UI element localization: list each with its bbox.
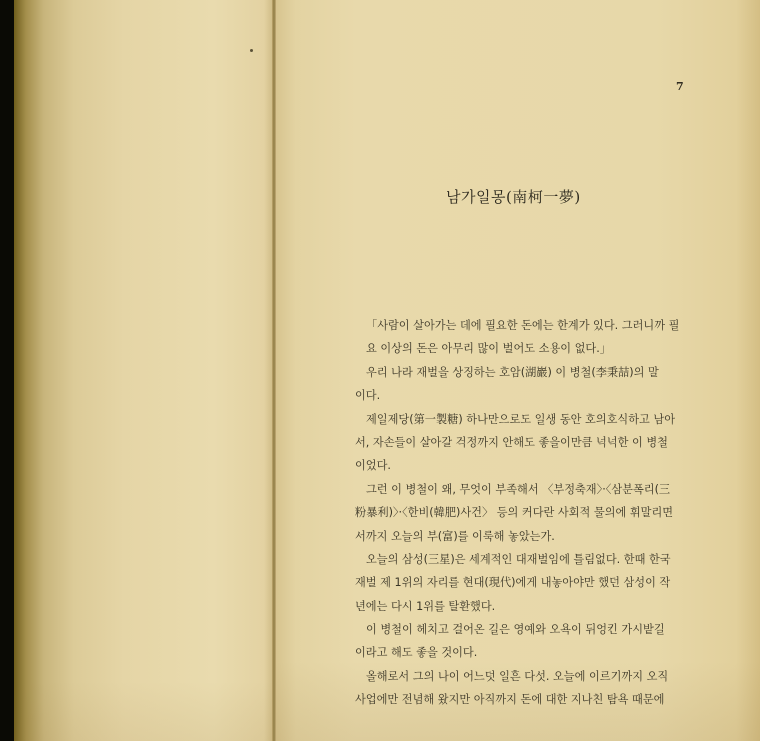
- page-number: 7: [676, 80, 684, 93]
- text-line: 제일제당(第一製糖) 하나만으로도 일생 동안 호의호식하고 남아: [355, 408, 695, 431]
- text-line: 서까지 오늘의 부(富)를 이룩해 놓았는가.: [355, 525, 695, 548]
- text-line: 이다.: [355, 384, 695, 407]
- text-line: 이라고 해도 좋을 것이다.: [355, 641, 695, 664]
- text-line: 올해로서 그의 나이 어느덧 일흔 다섯. 오늘에 이르기까지 오직: [355, 665, 695, 688]
- text-line: 그런 이 병철이 왜, 무엇이 부족해서 〈부정축재〉·〈삼분폭리(三: [355, 478, 695, 501]
- text-line: 년에는 다시 1위를 탈환했다.: [355, 595, 695, 618]
- text-line: 粉暴利)〉·〈한비(韓肥)사건〉 등의 커다란 사회적 물의에 휘말리면: [355, 501, 695, 524]
- text-line: 「사람이 살아가는 데에 필요한 돈에는 한계가 있다. 그러니까 필: [355, 314, 695, 337]
- text-line: 사업에만 전념해 왔지만 아직까지 돈에 대한 지나친 탐욕 때문에: [355, 688, 695, 711]
- body-text: 「사람이 살아가는 데에 필요한 돈에는 한계가 있다. 그러니까 필 요 이상…: [355, 314, 695, 712]
- text-line: 오늘의 삼성(三星)은 세계적인 대재벌임에 틀림없다. 한때 한국: [355, 548, 695, 571]
- chapter-title: 남가일몽(南柯一夢): [446, 186, 606, 207]
- text-line: 이 병철이 헤치고 걸어온 길은 영예와 오욕이 뒤엉킨 가시밭길: [355, 618, 695, 641]
- text-line: 재벌 제 1위의 자리를 현대(現代)에게 내놓아야만 했던 삼성이 작: [355, 571, 695, 594]
- text-line: 이었다.: [355, 454, 695, 477]
- text-line: 요 이상의 돈은 아무리 많이 벌어도 소용이 없다.」: [355, 337, 695, 360]
- text-line: 서, 자손들이 살아갈 걱정까지 안해도 좋을이만큼 넉넉한 이 병철: [355, 431, 695, 454]
- paper-speck: [250, 49, 253, 52]
- book-scan: 7 남가일몽(南柯一夢) 「사람이 살아가는 데에 필요한 돈에는 한계가 있다…: [0, 0, 760, 741]
- left-page-blank: [14, 0, 274, 741]
- text-line: 우리 나라 재벌을 상징하는 호암(湖巖) 이 병철(李秉喆)의 말: [355, 361, 695, 384]
